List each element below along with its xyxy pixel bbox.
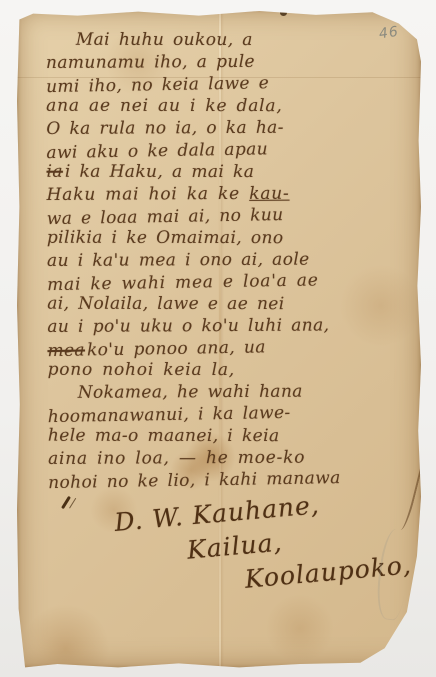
line-text: umi iho, no keia lawe e	[46, 73, 269, 97]
letter-line: pono nohoi keia la,	[48, 359, 406, 382]
letter-line: ana ae nei au i ke dala,	[46, 95, 404, 118]
line-text: aina ino loa, — he moe-ko	[48, 448, 305, 469]
line-text: i ka Haku, a mai ka	[65, 162, 254, 182]
line-text: pono nohoi keia la,	[48, 360, 235, 380]
line-text: ko'u ponoo ana, ua	[87, 337, 266, 360]
struck-word: ia	[47, 162, 63, 182]
signature-block: D. W. Kauhane, Kailua, Koolaupoko,	[73, 481, 411, 611]
line-text: O ka rula no ia, o ka ha-	[46, 118, 284, 139]
line-text: ana ae nei au i ke dala,	[46, 96, 282, 116]
line-text: hoomanawanui, i ka lawe-	[48, 403, 291, 427]
letter-line: pilikia i ke Omaimai, ono	[47, 227, 405, 250]
line-text: ai, Nolaila, lawe e ae nei	[47, 294, 284, 314]
line-text: au i po'u uku o ko'u luhi ana,	[47, 315, 329, 336]
line-text: Mai huhu oukou, a	[76, 30, 253, 50]
letter-paper: 46 Mai huhu oukou, a namunamu iho, a pul…	[17, 9, 421, 668]
line-text: Nokamea, he wahi hana	[78, 382, 303, 403]
line-text: pilikia i ke Omaimai, ono	[47, 228, 284, 248]
letter-body: Mai huhu oukou, a namunamu iho, a pule u…	[46, 28, 406, 492]
line-text: Haku mai hoi ka ke	[47, 184, 250, 205]
line-text: wa e loaa mai ai, no kuu	[47, 205, 284, 229]
letter-line: ai, Nolaila, lawe e ae nei	[47, 293, 405, 316]
underlined-word: kau-	[249, 184, 289, 204]
letter-line: Mai huhu oukou, a	[46, 29, 404, 52]
line-text: mai ke wahi mea e loa'a ae	[47, 270, 319, 295]
line-text: awi aku o ke dala apau	[46, 139, 268, 163]
line-text: hele ma-o maanei, i keia	[48, 426, 280, 446]
scanned-letter-page: { "document": { "kind": "handwritten-let…	[0, 0, 436, 677]
letter-line: hele ma-o maanei, i keia	[48, 425, 406, 448]
ink-blot	[280, 10, 287, 16]
line-text: au i ka'u mea i ono ai, aole	[47, 250, 310, 271]
letter-line: iai ka Haku, a mai ka	[47, 161, 405, 184]
line-text: namunamu iho, a pule	[46, 52, 255, 73]
ink-smudge	[61, 496, 71, 509]
